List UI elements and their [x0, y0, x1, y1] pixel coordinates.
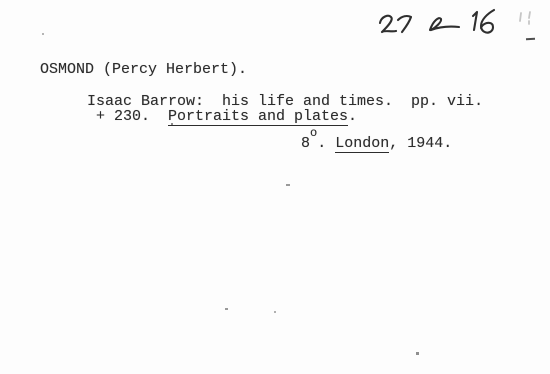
digit-6	[481, 10, 494, 33]
pencil-dash	[526, 38, 535, 40]
dust-speck	[274, 311, 276, 313]
format-superscript-o: o	[310, 126, 317, 140]
dust-speck	[42, 33, 44, 35]
title-line: Isaac Barrow: his life and times. pp. vi…	[87, 94, 483, 109]
format-separator: .	[317, 135, 335, 152]
dust-speck	[225, 308, 228, 310]
dust-speck	[416, 352, 419, 355]
imprint-year: , 1944.	[389, 135, 452, 152]
format-number: 8	[301, 135, 310, 152]
pagination-text: + 230.	[96, 108, 168, 125]
faint-edge-marks	[514, 10, 540, 30]
digit-1	[473, 12, 477, 30]
imprint-line: 8o. London, 1944.	[301, 136, 452, 153]
imprint-place: London	[335, 136, 389, 153]
author-heading: OSMOND (Percy Herbert).	[40, 62, 247, 77]
handwritten-shelfmark: 27 b 16	[373, 6, 503, 40]
dust-speck	[171, 123, 173, 125]
collation-period: .	[348, 108, 357, 125]
letter-b	[430, 18, 459, 30]
catalog-card: 27 b 16 OSMOND (Percy Herbert). Isaac Ba…	[0, 0, 550, 374]
digit-2	[380, 16, 396, 32]
digit-7	[398, 16, 411, 32]
dust-speck	[286, 184, 290, 186]
collation-underlined-text: Portraits and plates	[168, 109, 348, 126]
collation-line: + 230. Portraits and plates.	[96, 109, 357, 126]
